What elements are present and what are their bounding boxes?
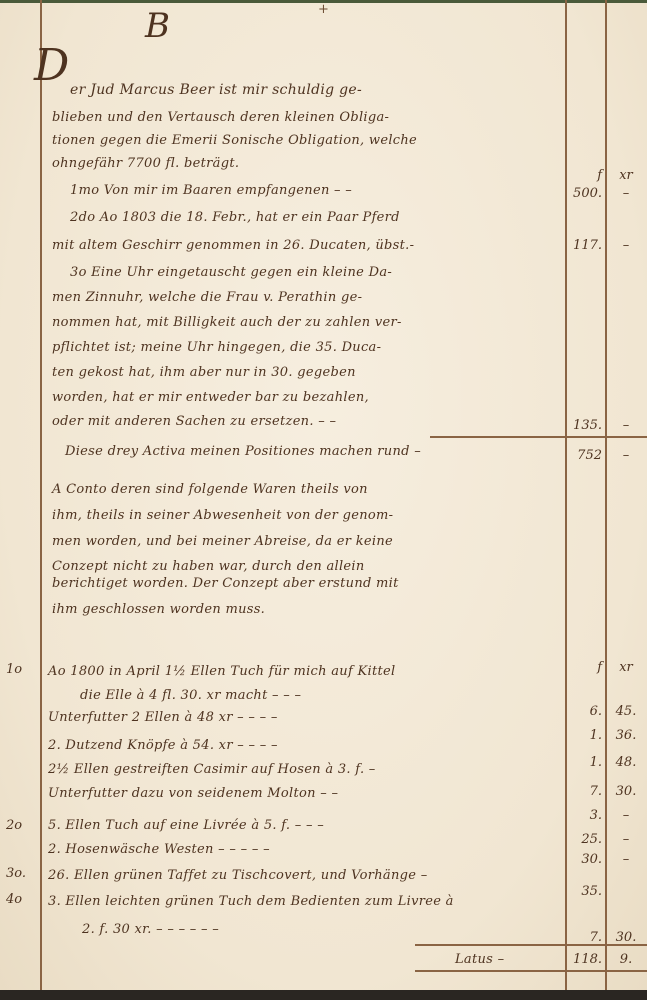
item-8-line: 26. Ellen grünen Taffet zu Tischcovert, … [48,868,428,883]
item-9-margin: 4o [6,892,22,907]
conto-line-2: ihm, theils in seiner Abwesenheit von de… [52,508,393,523]
item-5-gulden: 3. [568,808,602,823]
total-kreuzer: 9. [608,952,644,967]
kreuzer-column-rule [605,0,607,990]
item-4-kreuzer: 30. [608,784,644,799]
intro-line-4: ohngefähr 7700 fl. beträgt. [52,156,239,171]
kreuzer-header: xr [608,168,644,183]
total-bottom-rule [415,970,647,972]
entry-3-line-6: worden, hat er mir entweder bar zu bezah… [52,390,369,405]
subtotal-rule [430,436,647,438]
entry-3-line-5: ten gekost hat, ihm aber nur in 30. gege… [52,365,356,380]
conto-line-4: Conzept nicht zu haben war, durch den al… [52,559,365,574]
item-4-gulden: 7. [568,784,602,799]
entry-3-line-4: pflichtet ist; meine Uhr hingegen, die 3… [52,340,381,355]
item-9-line-2: 2. f. 30 xr. – – – – – – [82,922,219,937]
entry-3-line-1: 3o Eine Uhr eingetauscht gegen ein klein… [70,265,392,280]
scan-bottom-edge [0,990,647,1000]
gulden-header: f [568,168,602,183]
item-1-gulden: 6. [568,704,602,719]
conto-line-3: men worden, und bei meiner Abreise, da e… [52,534,393,549]
item-9-gulden: 7. [568,930,602,945]
item-3-kreuzer: 48. [608,755,644,770]
entry-3-line-3: nommen hat, mit Billigkeit auch der zu z… [52,315,402,330]
entry-3-line-2: men Zinnuhr, welche die Frau v. Perathin… [52,290,362,305]
item-9-line-1: 3. Ellen leichten grünen Tuch dem Bedien… [48,894,454,909]
conto-line-6: ihm geschlossen worden muss. [52,602,265,617]
drop-initial: D [34,40,69,91]
conto-line-5: berichtiget worden. Der Conzept aber ers… [52,576,399,591]
entry-3-kreuzer: – [608,418,644,433]
total-gulden: 118. [568,952,602,967]
gulden-column-rule [565,0,567,990]
item-2-kreuzer: 36. [608,728,644,743]
item-8-margin: 3o. [6,866,26,881]
intro-line-3: tionen gegen die Emerii Sonische Obligat… [52,133,417,148]
entry-3-gulden: 135. [568,418,602,433]
entry-2-kreuzer: – [608,238,644,253]
conto-line-1: A Conto deren sind folgende Waren theils… [52,482,368,497]
items-kreuzer-header: xr [608,660,644,675]
item-7-kreuzer: – [608,852,644,867]
item-2-line: Unterfutter 2 Ellen à 48 xr – – – – [48,710,278,725]
item-3-gulden: 1. [568,755,602,770]
item-1-kreuzer: 45. [608,704,644,719]
item-6-gulden: 25. [568,832,602,847]
item-1-line-1: Ao 1800 in April 1½ Ellen Tuch für mich … [48,664,395,679]
item-6-line: 5. Ellen Tuch auf eine Livrée à 5. f. – … [48,818,324,833]
left-margin-rule [40,0,42,990]
page-mark: B [145,6,170,46]
item-5-line: Unterfutter dazu von seidenem Molton – – [48,786,338,801]
item-3-line: 2. Dutzend Knöpfe à 54. xr – – – – [48,738,278,753]
item-2-gulden: 1. [568,728,602,743]
items-gulden-header: f [568,660,602,675]
item-7-gulden: 30. [568,852,602,867]
entry-1-gulden: 500. [568,186,602,201]
entry-4-line-1: Diese drey Activa meinen Positiones mach… [65,444,421,459]
entry-1-kreuzer: – [608,186,644,201]
entry-4-gulden: 752 [568,448,602,463]
entry-4-kreuzer: – [608,448,644,463]
entry-2-line-2: mit altem Geschirr genommen in 26. Ducat… [52,238,414,253]
total-top-rule [415,944,647,946]
entry-1-line-1: 1mo Von mir im Baaren empfangenen – – [70,183,352,198]
item-6-margin: 2o [6,818,22,833]
item-5-kreuzer: – [608,808,644,823]
item-8-gulden: 35. [568,884,602,899]
item-4-line: 2½ Ellen gestreiften Casimir auf Hosen à… [48,762,376,777]
item-1-line-2: die Elle à 4 fl. 30. xr macht – – – [80,688,301,703]
item-6-kreuzer: – [608,832,644,847]
item-1-margin: 1o [6,662,22,677]
entry-2-line-1: 2do Ao 1803 die 18. Febr., hat er ein Pa… [70,210,400,225]
ledger-page: + B D er Jud Marcus Beer ist mir schuldi… [0,0,647,990]
intro-line-2: blieben und den Vertausch deren kleinen … [52,110,389,125]
entry-3-line-7: oder mit anderen Sachen zu ersetzen. – – [52,414,336,429]
total-label: Latus – [455,952,504,967]
item-7-line: 2. Hosenwäsche Westen – – – – – [48,842,270,857]
entry-2-gulden: 117. [568,238,602,253]
top-mark: + [318,2,329,17]
intro-line-1: er Jud Marcus Beer ist mir schuldig ge- [70,82,362,98]
item-9-kreuzer: 30. [608,930,644,945]
